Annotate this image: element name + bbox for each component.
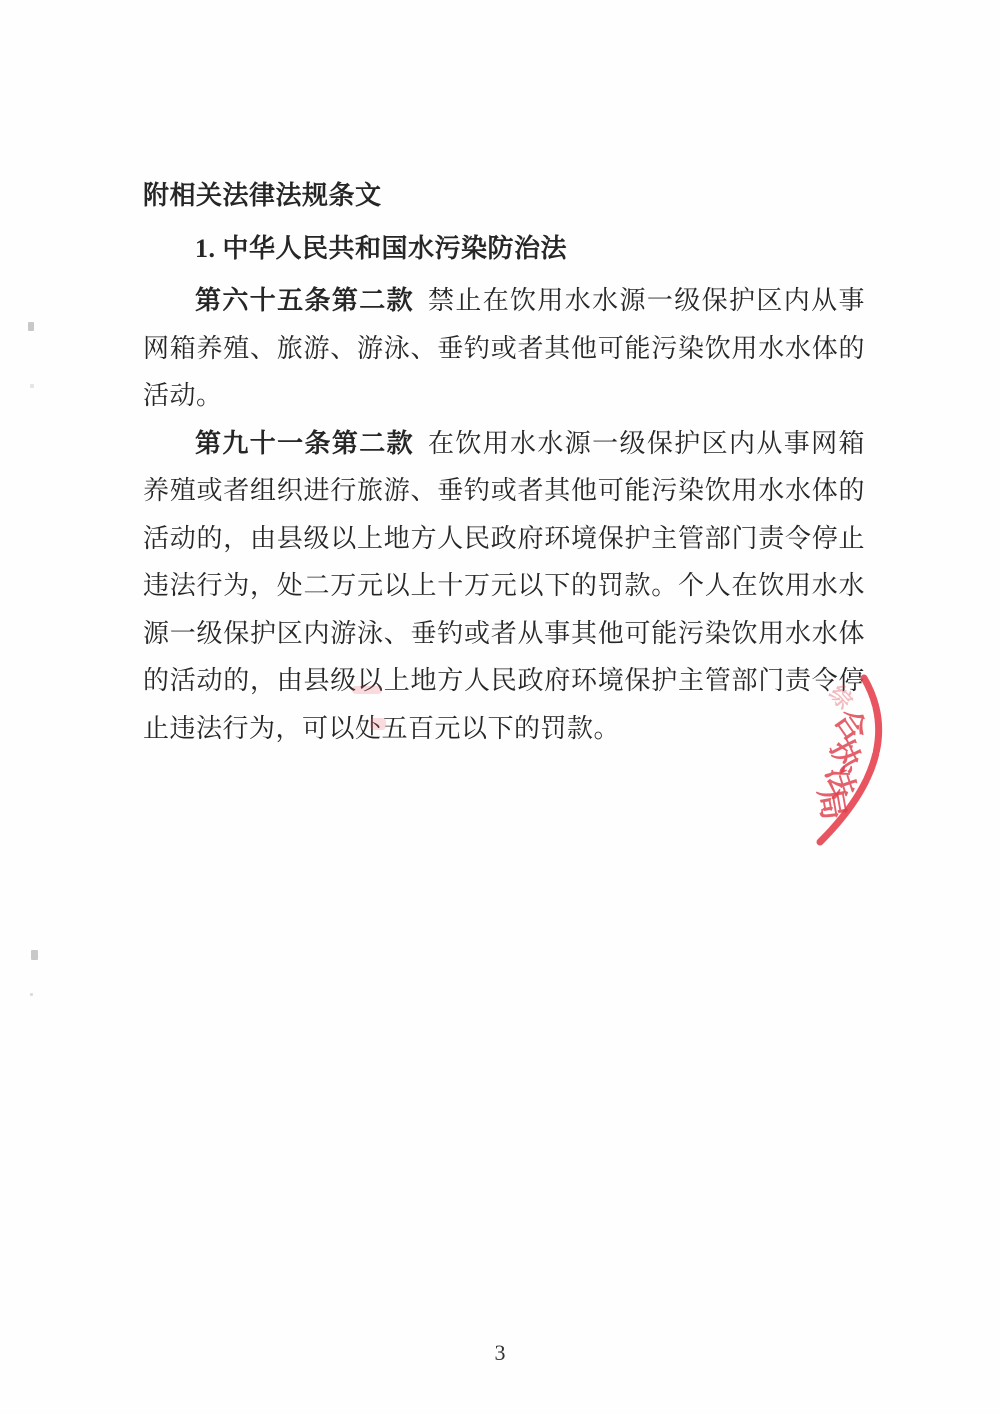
seal-char-5: 局: [812, 786, 852, 823]
official-seal-stamp: 综 合 执 法 局: [788, 652, 900, 854]
clause-65-lead: 第六十五条第二款: [195, 286, 414, 315]
clause-article-91: 第九十一条第二款在饮用水水源一级保护区内从事网箱养殖或者组织进行旅游、垂钓或者其…: [143, 420, 865, 753]
clause-91-text: 在饮用水水源一级保护区内从事网箱养殖或者组织进行旅游、垂钓或者其他可能污染饮用水…: [143, 429, 865, 743]
document-page: 附相关法律法规条文 1. 中华人民共和国水污染防治法 第六十五条第二款禁止在饮用…: [0, 0, 1000, 1414]
scan-artifact-speck: [28, 322, 34, 331]
page-number: 3: [0, 1340, 1000, 1366]
clause-article-65: 第六十五条第二款禁止在饮用水水源一级保护区内从事网箱养殖、旅游、游泳、垂钓或者其…: [143, 277, 865, 420]
stamp-ink-smudge: [352, 686, 382, 694]
clause-91-lead: 第九十一条第二款: [195, 429, 414, 458]
document-body: 附相关法律法规条文 1. 中华人民共和国水污染防治法 第六十五条第二款禁止在饮用…: [143, 172, 865, 752]
law-title: 1. 中华人民共和国水污染防治法: [143, 225, 865, 273]
attachment-heading: 附相关法律法规条文: [143, 172, 865, 220]
stamp-ink-smudge: [370, 718, 386, 730]
scan-artifact-speck: [30, 993, 33, 996]
scan-artifact-speck: [30, 384, 34, 388]
scan-artifact-speck: [31, 950, 38, 960]
